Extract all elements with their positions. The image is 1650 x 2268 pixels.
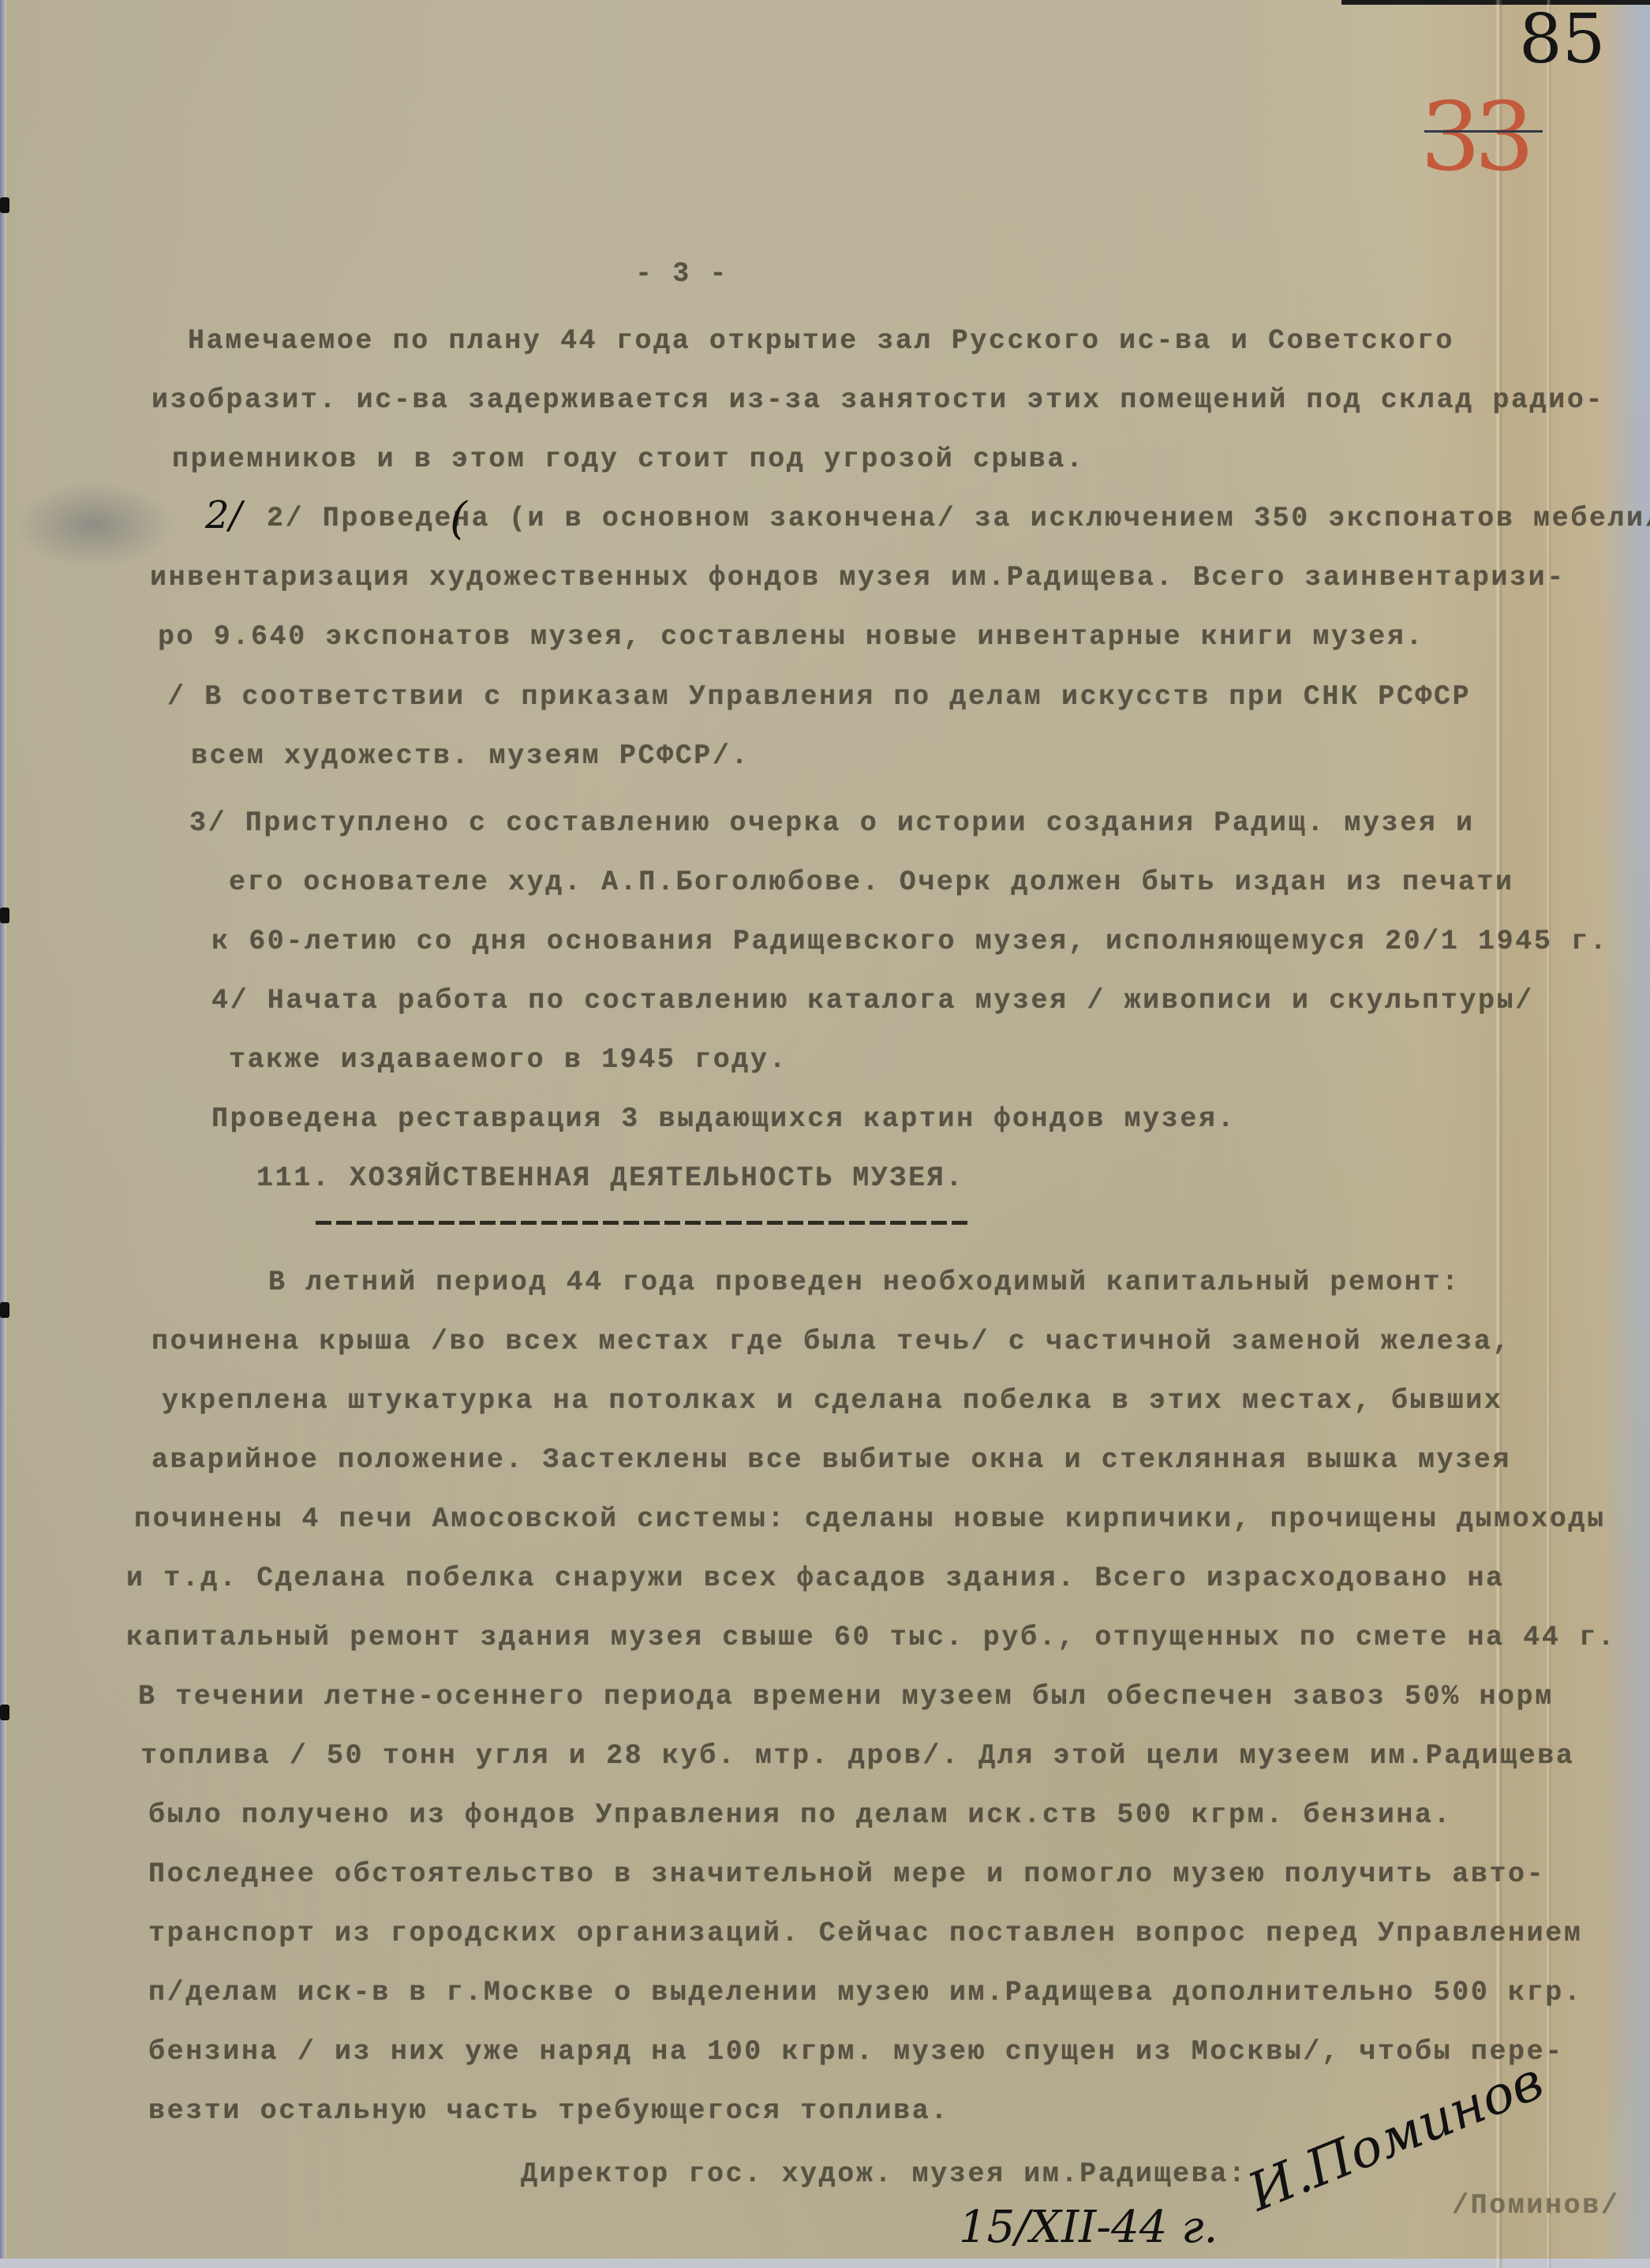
text-line: капитальный ремонт здания музея свыше 60… — [126, 1622, 1616, 1653]
old-folio-number: 33 — [1420, 83, 1528, 193]
text-line: 2/ Проведена (и в основном закончена/ за… — [267, 503, 1650, 534]
page-left-edge — [0, 0, 6, 2268]
text-line: Проведена реставрация 3 выдающихся карти… — [211, 1103, 1236, 1135]
text-line: приемников и в этом году стоит под угроз… — [172, 443, 1085, 475]
text-line: к 60-летию со дня основания Радищевского… — [211, 926, 1608, 957]
page-bottom-edge — [0, 2259, 1650, 2268]
text-line: починена крыша /во всех местах где была … — [152, 1326, 1511, 1357]
text-line: В летний период 44 года проведен необход… — [268, 1267, 1461, 1298]
text-line: и т.д. Сделана побелка снаружи всех фаса… — [126, 1563, 1505, 1594]
binding-hole-mark — [0, 1302, 9, 1318]
binding-hole-mark — [0, 1705, 9, 1720]
binding-hole-mark — [0, 197, 9, 213]
text-line: было получено из фондов Управления по де… — [148, 1799, 1452, 1831]
folio-number: 85 — [1519, 0, 1605, 79]
text-line: / В соответствии с приказам Управления п… — [167, 681, 1471, 713]
scanned-document-page: 85 33 - 3 - Намечаемое по плану 44 года … — [0, 0, 1650, 2268]
section-heading: 111. ХОЗЯЙСТВЕННАЯ ДЕЯТЕЛЬНОСТЬ МУЗЕЯ. — [256, 1162, 964, 1194]
text-line: укреплена штукатурка на потолках и сдела… — [162, 1385, 1502, 1417]
text-line: инвентаризация художественных фондов муз… — [150, 562, 1566, 593]
signature-title: Директор гос. худож. музея им.Радищева: — [521, 2158, 1248, 2190]
text-line: 3/ Приступлено с составлению очерка о ис… — [189, 807, 1475, 839]
text-line: Намечаемое по плану 44 года открытие зал… — [188, 325, 1454, 357]
text-line: его основателе худ. А.П.Боголюбове. Очер… — [229, 866, 1514, 898]
text-line: бензина / из них уже наряд на 100 кгрм. … — [148, 2036, 1564, 2068]
ink-stain — [16, 481, 174, 568]
text-line: 4/ Начата работа по составлению каталога… — [211, 985, 1534, 1016]
text-line: везти остальную часть требующегося топли… — [148, 2095, 949, 2127]
text-line: аварийное положение. Застеклены все выби… — [152, 1444, 1511, 1476]
text-line: также издаваемого в 1945 году. — [229, 1044, 788, 1076]
text-line: всем художеств. музеям РСФСР/. — [191, 740, 750, 772]
handwritten-date: 15/XII-44 г. — [959, 2202, 1218, 2253]
text-line: В течении летне-осеннего периода времени… — [138, 1681, 1554, 1712]
heading-underline — [316, 1221, 971, 1225]
binding-hole-mark — [0, 908, 9, 923]
handwritten-item-number: 2/ — [205, 493, 242, 537]
text-line: ро 9.640 экспонатов музея, составлены но… — [158, 621, 1424, 653]
text-line: починены 4 печи Амосовской системы: сдел… — [134, 1503, 1606, 1535]
handwritten-paren: ( — [450, 493, 467, 545]
text-line: топлива / 50 тонн угля и 28 куб. мтр. др… — [140, 1740, 1574, 1772]
text-line: транспорт из городских организаций. Сейч… — [148, 1918, 1582, 1949]
text-line: Последнее обстоятельство в значительной … — [148, 1858, 1545, 1890]
typed-signer-name: /Поминов/ — [1452, 2190, 1619, 2221]
text-line: изобразит. ис-ва задерживается из-за зан… — [152, 384, 1604, 416]
folio-strikethrough — [1424, 130, 1543, 133]
page-number: - 3 - — [635, 258, 728, 290]
text-line: п/делам иск-в в г.Москве о выделении муз… — [148, 1977, 1582, 2008]
